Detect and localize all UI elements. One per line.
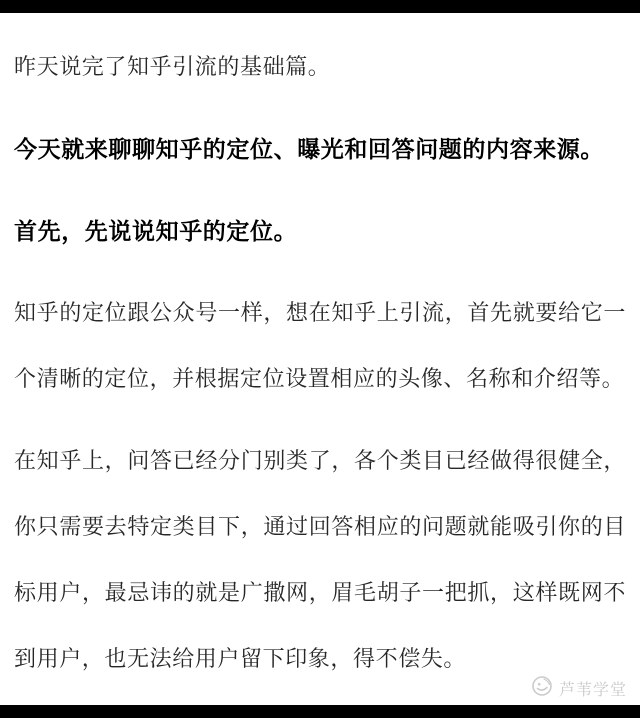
paragraph: 知乎的定位跟公众号一样，想在知乎上引流，首先就要给它一个清晰的定位，并根据定位设… bbox=[14, 280, 626, 412]
watermark-text: 芦苇学堂 bbox=[559, 677, 627, 700]
article-page: 昨天说完了知乎引流的基础篇。今天就来聊聊知乎的定位、曝光和回答问题的内容来源。首… bbox=[0, 0, 640, 718]
article-body: 昨天说完了知乎引流的基础篇。今天就来聊聊知乎的定位、曝光和回答问题的内容来源。首… bbox=[0, 13, 640, 708]
watermark: 芦苇学堂 bbox=[531, 675, 627, 702]
bottom-black-bar bbox=[0, 705, 640, 718]
reed-school-logo-icon bbox=[531, 675, 553, 702]
top-black-bar bbox=[0, 0, 640, 13]
paragraph: 在知乎上，问答已经分门别类了，各个类目已经做得很健全，你只需要去特定类目下，通过… bbox=[14, 428, 626, 692]
paragraph-bold: 首先，先说说知乎的定位。 bbox=[14, 198, 626, 264]
paragraph: 昨天说完了知乎引流的基础篇。 bbox=[14, 34, 626, 100]
paragraph-bold: 今天就来聊聊知乎的定位、曝光和回答问题的内容来源。 bbox=[14, 116, 626, 182]
